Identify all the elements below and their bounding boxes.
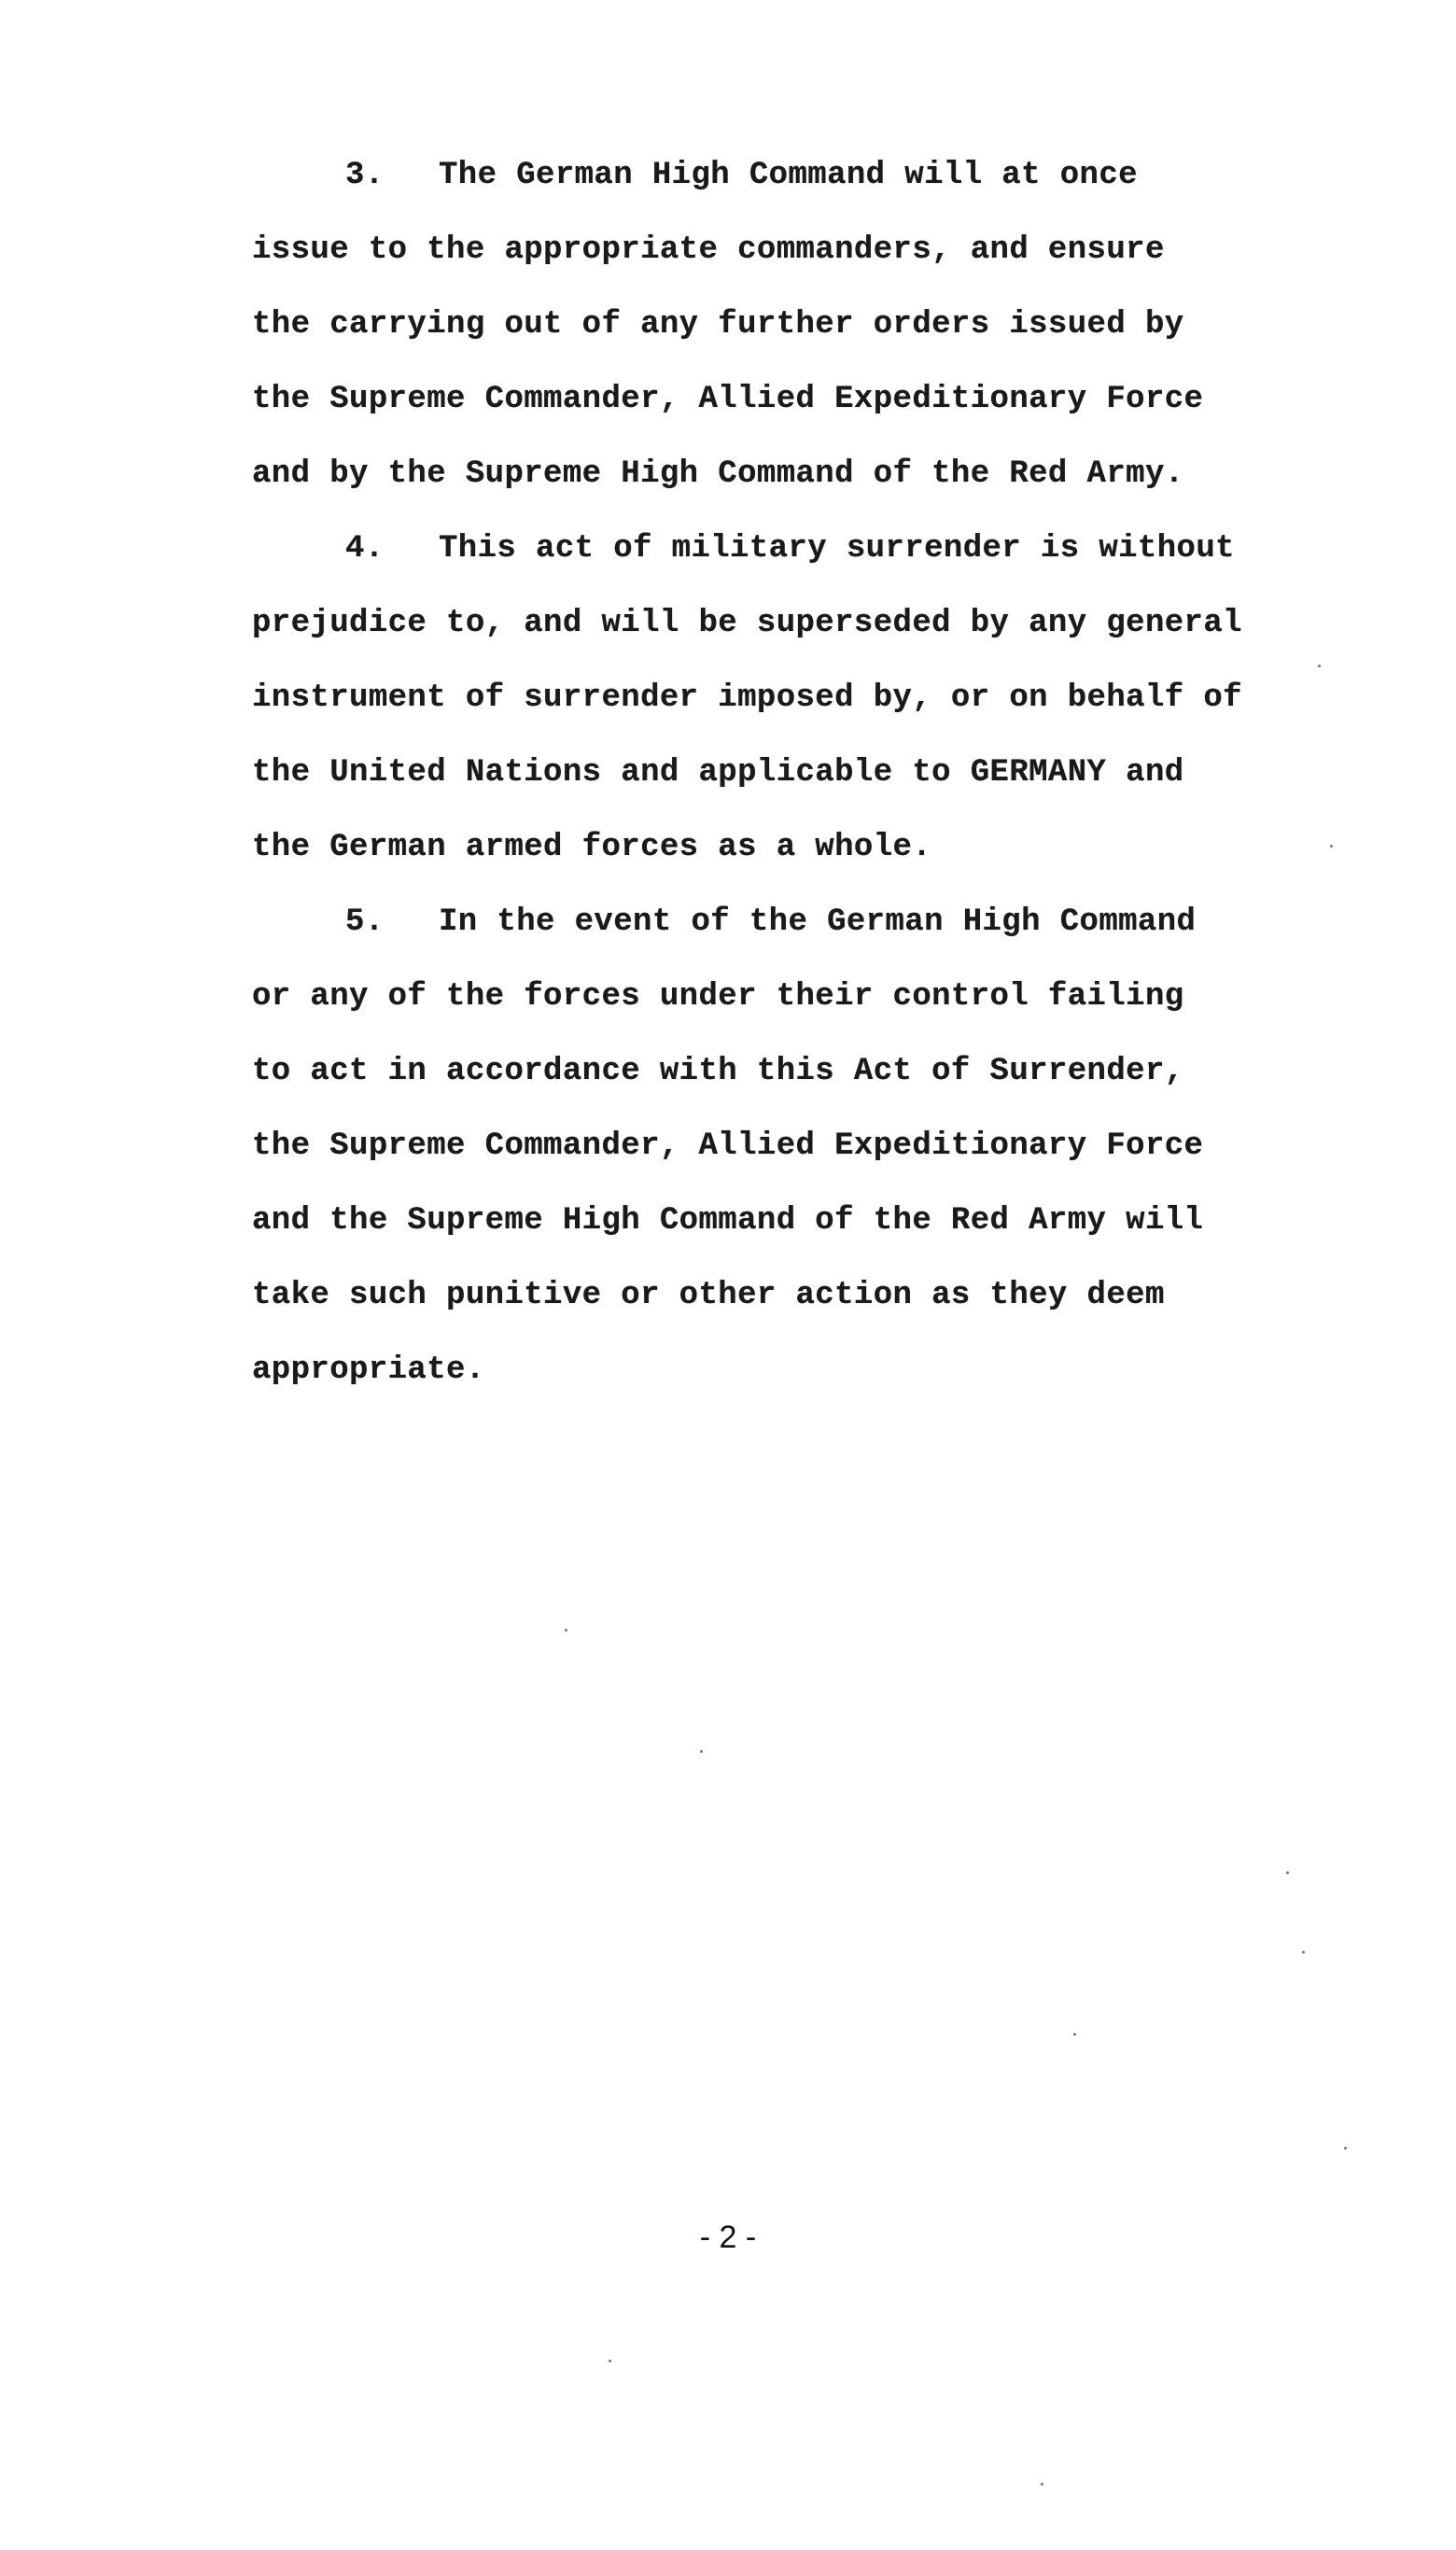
scan-speck — [1330, 845, 1333, 848]
paragraph-4-line-1: 4.This act of military surrender is with… — [345, 530, 1235, 567]
scan-speck — [1041, 2483, 1043, 2486]
paragraph-4-line-4: the United Nations and applicable to GER… — [252, 754, 1184, 792]
scan-speck — [609, 2360, 611, 2362]
document-page: 3.The German High Command will at once i… — [0, 0, 1456, 2550]
scan-speck — [1318, 665, 1321, 667]
paragraph-5-line-2: or any of the forces under their control… — [252, 978, 1184, 1016]
paragraph-number: 5. — [345, 904, 439, 941]
page-number: - 2 - — [0, 2220, 1456, 2256]
paragraph-4-line-3: instrument of surrender imposed by, or o… — [252, 680, 1242, 717]
paragraph-5-line-5: and the Supreme High Command of the Red … — [252, 1202, 1203, 1240]
paragraph-5-line-1: 5.In the event of the German High Comman… — [345, 904, 1196, 941]
paragraph-5-line-3: to act in accordance with this Act of Su… — [252, 1053, 1184, 1090]
paragraph-3-line-4: the Supreme Commander, Allied Expedition… — [252, 381, 1203, 418]
paragraph-5-line-4: the Supreme Commander, Allied Expedition… — [252, 1128, 1203, 1165]
paragraph-number: 3. — [345, 157, 439, 194]
paragraph-number: 4. — [345, 530, 439, 567]
scan-speck — [1302, 1951, 1305, 1954]
paragraph-3-line-3: the carrying out of any further orders i… — [252, 306, 1184, 343]
scan-speck — [700, 1750, 703, 1753]
paragraph-5-line-7: appropriate. — [252, 1352, 485, 1389]
paragraph-4-line-2: prejudice to, and will be superseded by … — [252, 605, 1242, 642]
paragraph-4-line-5: the German armed forces as a whole. — [252, 829, 931, 866]
scan-speck — [565, 1629, 567, 1632]
scan-speck — [1344, 2147, 1347, 2150]
paragraph-3-line-5: and by the Supreme High Command of the R… — [252, 455, 1184, 493]
paragraph-3-line-2: issue to the appropriate commanders, and… — [252, 231, 1165, 269]
paragraph-5-line-6: take such punitive or other action as th… — [252, 1277, 1165, 1314]
scan-speck — [1073, 2033, 1076, 2036]
scan-speck — [1286, 1871, 1289, 1874]
paragraph-3-line-1: 3.The German High Command will at once — [345, 157, 1138, 194]
